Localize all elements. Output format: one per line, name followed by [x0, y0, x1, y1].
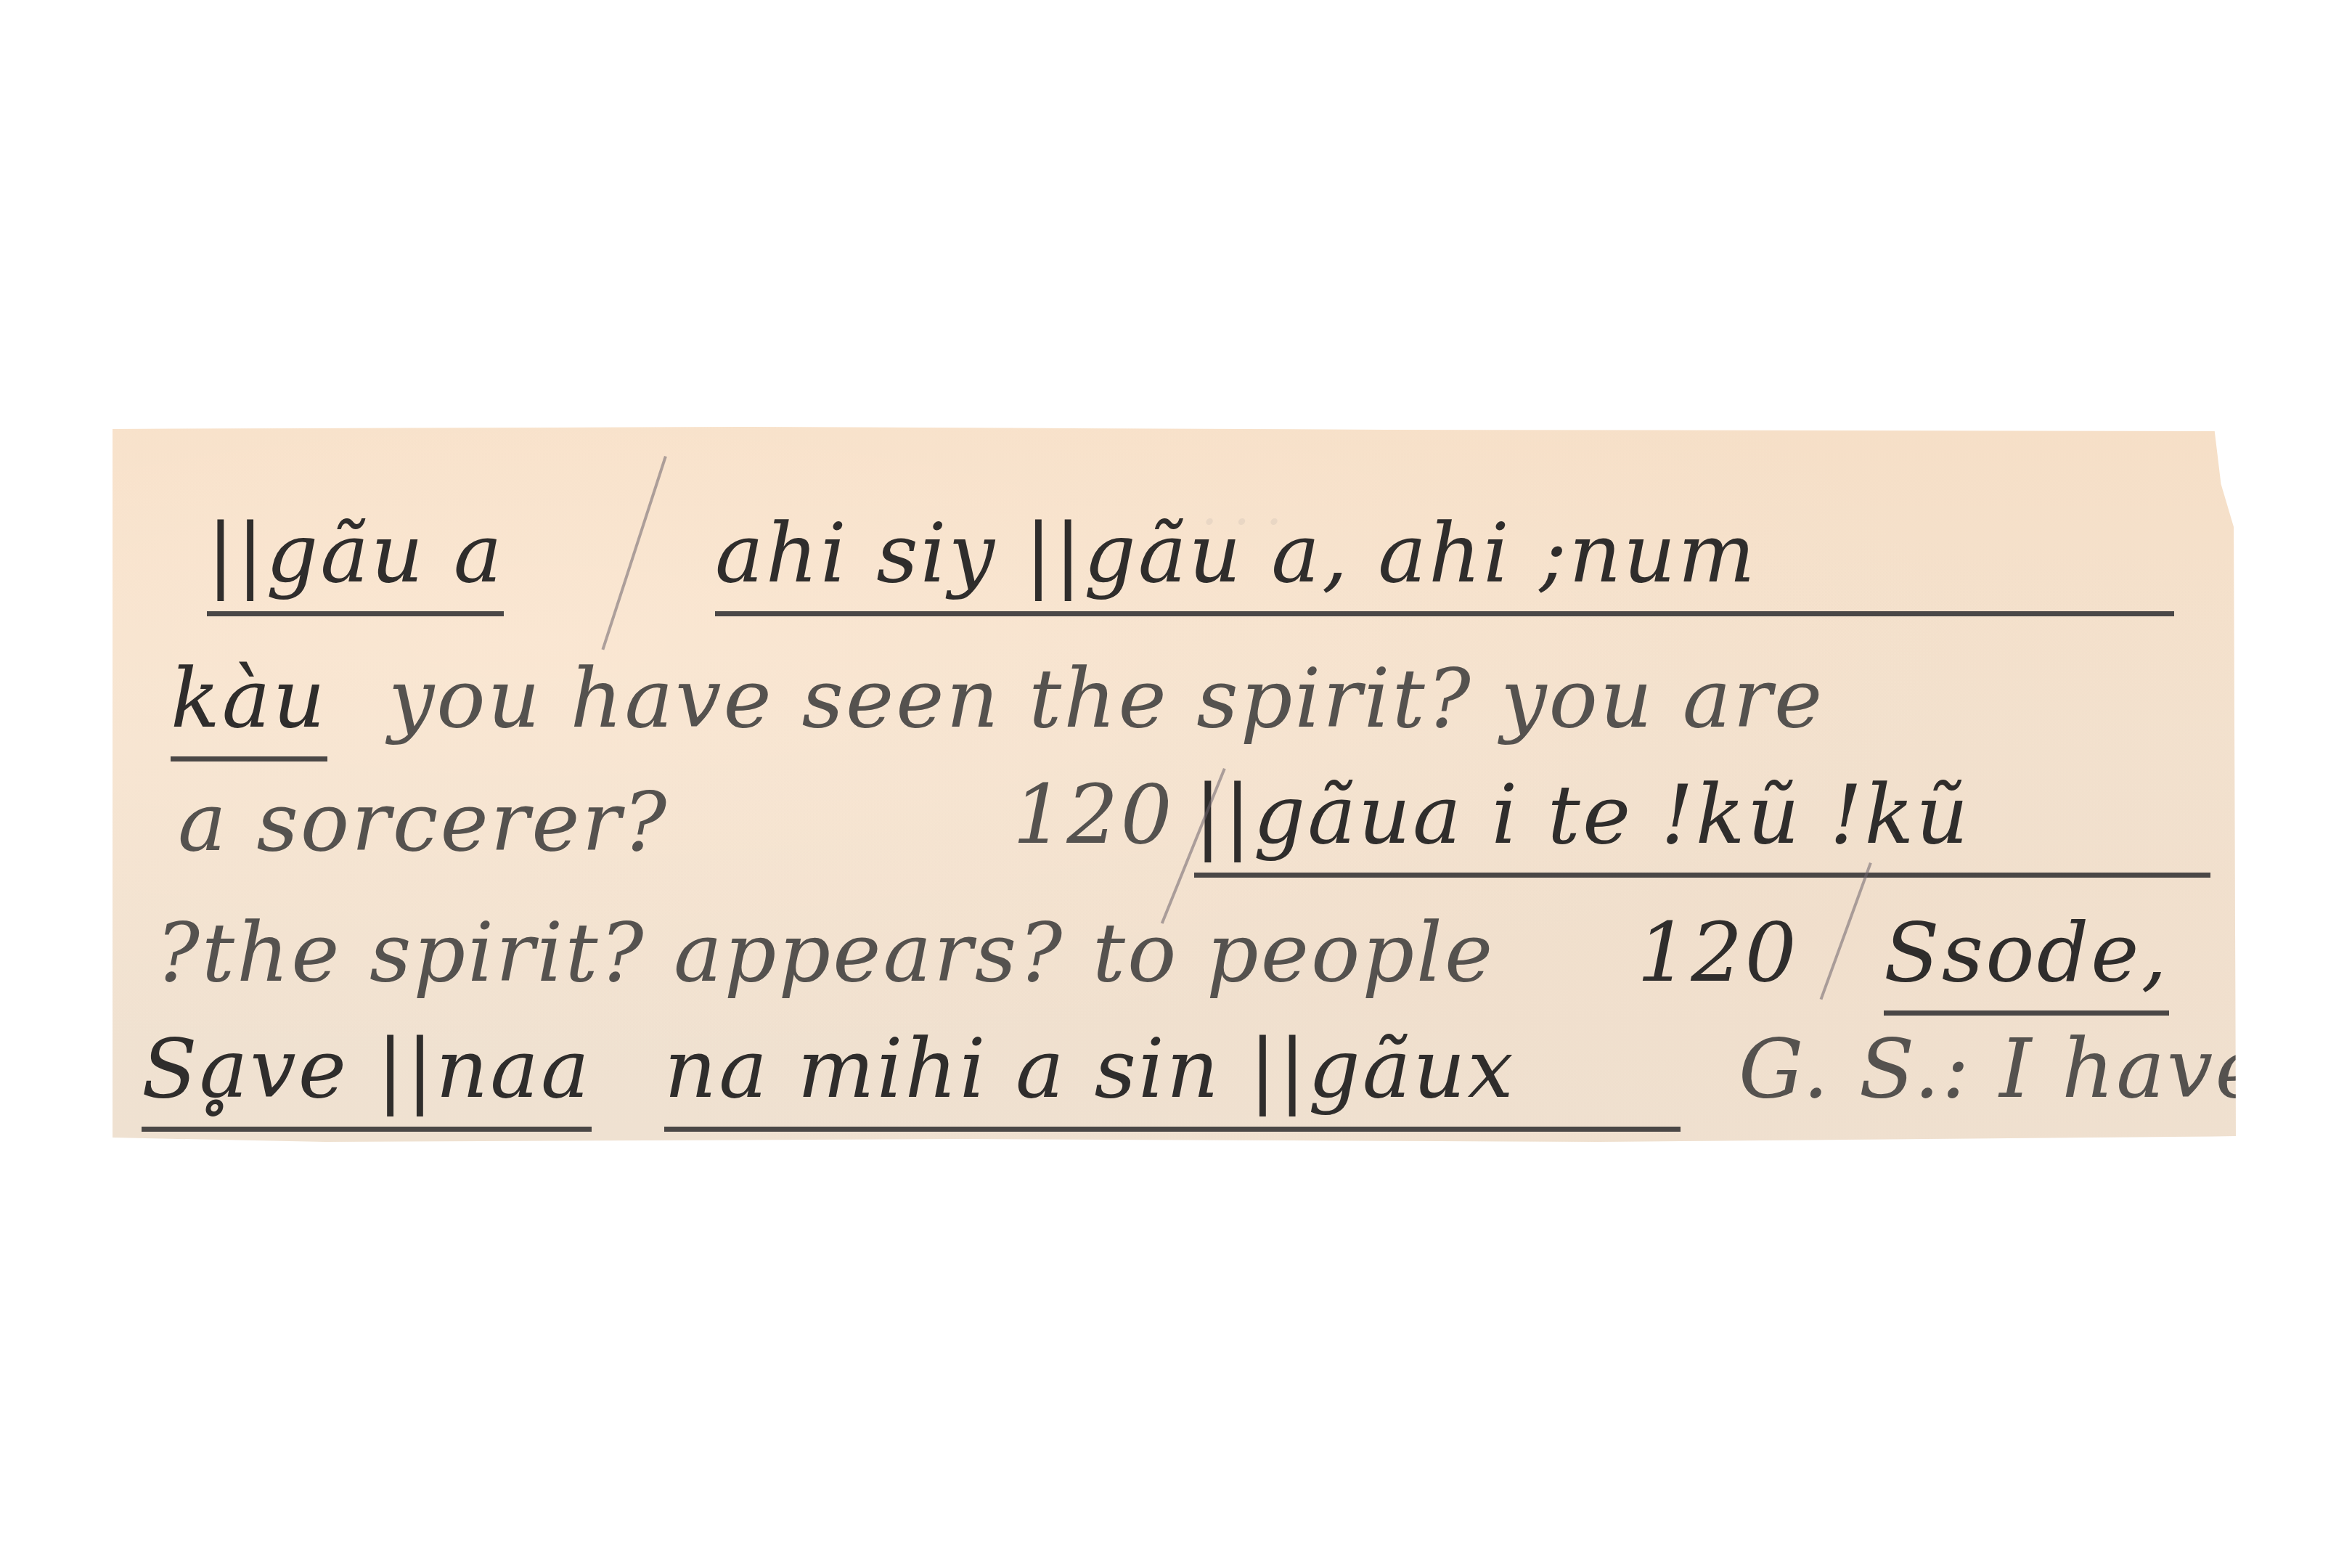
line-3-translation: a sorcerer?	[178, 775, 669, 870]
line-4-page-ref: 120	[1637, 906, 1799, 1000]
paper-fragment: · · · ||gãu a ahi siy ||gãu a, ahi ;num …	[113, 427, 2236, 1142]
line-2-translation: you have seen the spirit? you are	[388, 652, 1824, 746]
line-5-phrase: na mihi a sin ||gãux	[664, 1022, 1681, 1132]
line-1-phrase: ahi siy ||gãu a, ahi ;num	[715, 507, 2174, 616]
line-3-page-ref: 120	[1013, 768, 1175, 862]
line-5-note: G. S.: I have	[1739, 1022, 2266, 1116]
handwritten-line-2: kàu you have seen the spirit? you are	[113, 637, 2236, 768]
line-5-term: Sḁve ||naa	[142, 1022, 592, 1132]
line-4-term: Ssode,	[1884, 906, 2169, 1016]
photo-stage: · · · ||gãu a ahi siy ||gãu a, ahi ;num …	[0, 0, 2352, 1568]
handwritten-line-4: ?the spirit? appears? to people 120 Ssod…	[113, 899, 2236, 1015]
line-1-term: ||gãu a	[207, 507, 504, 616]
handwritten-line-5: Sḁve ||naa na mihi a sin ||gãux G. S.: I…	[113, 1015, 2236, 1124]
handwritten-line-1: ||gãu a ahi siy ||gãu a, ahi ;num	[113, 478, 2236, 623]
handwritten-line-3: a sorcerer? 120 ||gãua i te !kũ !kũ	[113, 768, 2236, 891]
line-2-term: kàu	[171, 652, 327, 761]
line-3-phrase: ||gãua i te !kũ !kũ	[1194, 768, 2210, 878]
line-4-translation: ?the spirit? appears? to people	[156, 906, 1495, 1000]
